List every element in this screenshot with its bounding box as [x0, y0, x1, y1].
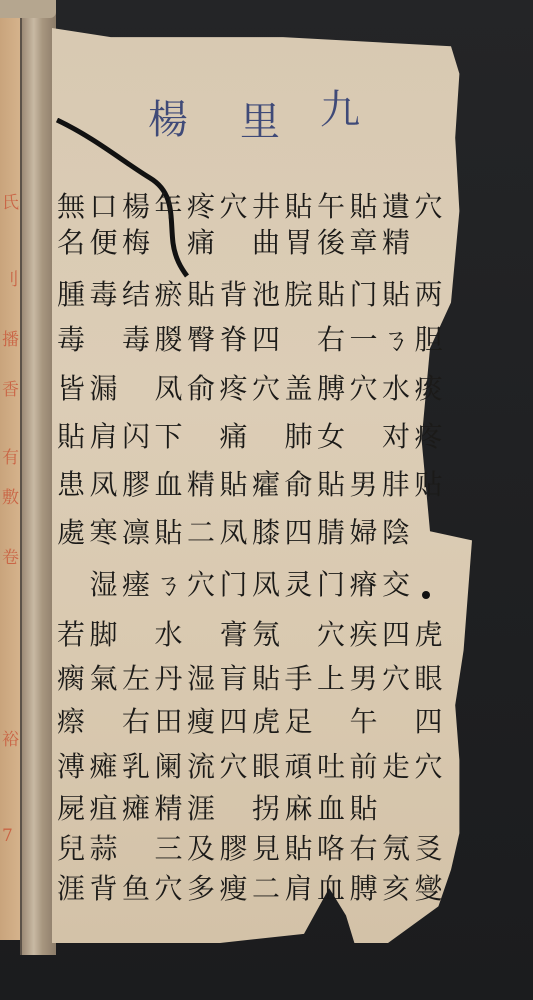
manuscript-char: 咯	[314, 832, 348, 866]
manuscript-char: 氖	[249, 618, 283, 652]
manuscript-char: 田	[152, 705, 186, 739]
manuscript-char: 胆	[412, 323, 446, 357]
manuscript-char: 多	[184, 872, 218, 906]
red-print-char: 裕	[2, 732, 19, 749]
manuscript-char: 阑	[152, 750, 186, 784]
red-print-char: 氏	[2, 195, 19, 212]
manuscript-char: 穴	[379, 662, 413, 696]
manuscript-char: 穴	[217, 190, 251, 224]
manuscript-char: 膊	[314, 372, 348, 406]
manuscript-char: 痰	[412, 372, 446, 406]
manuscript-char: 㕛	[412, 832, 446, 866]
manuscript-char: 皆	[54, 372, 88, 406]
manuscript-char: 毒	[54, 323, 88, 357]
title-char: 九	[320, 78, 360, 135]
manuscript-char: 血	[314, 872, 348, 906]
manuscript-char: 頑	[282, 750, 316, 784]
manuscript-char: 井	[249, 190, 283, 224]
manuscript-char: 屍	[54, 792, 88, 826]
manuscript-char: 胃	[282, 226, 316, 260]
manuscript-char: 凤	[87, 468, 121, 502]
manuscript-char: 背	[217, 278, 251, 312]
manuscript-char: 四	[379, 618, 413, 652]
manuscript-char: 下	[152, 420, 186, 454]
manuscript-char: 门	[347, 278, 381, 312]
manuscript-char: 臀	[184, 323, 218, 357]
manuscript-char: 朡	[152, 323, 186, 357]
manuscript-char: 氖	[379, 832, 413, 866]
manuscript-char: 瘠	[347, 568, 381, 602]
manuscript-char: 穴	[184, 568, 218, 602]
manuscript-char: 貼	[282, 190, 316, 224]
manuscript-char: 凛	[119, 516, 153, 550]
manuscript-char: 瘸	[54, 662, 88, 696]
red-print-char: 7	[2, 828, 13, 845]
manuscript-char: 凤	[152, 372, 186, 406]
manuscript-char: 貼	[282, 832, 316, 866]
manuscript-char: 腫	[54, 278, 88, 312]
manuscript-char: 脚	[87, 618, 121, 652]
manuscript-char: 貼	[54, 420, 88, 454]
manuscript-char: 疼	[184, 190, 218, 224]
manuscript-char: 瘫	[119, 792, 153, 826]
manuscript-char: 四	[249, 323, 283, 357]
manuscript-char: 两	[412, 278, 446, 312]
manuscript-char: 门	[217, 568, 251, 602]
manuscript-char: 脊	[217, 323, 251, 357]
red-print-char: 敷	[2, 490, 19, 507]
manuscript-char: 肨	[379, 468, 413, 502]
red-print-char: 香	[2, 382, 19, 399]
title-char: 楊	[148, 88, 188, 145]
manuscript-char: 拐	[249, 792, 283, 826]
manuscript-char: 男	[347, 468, 381, 502]
manuscript-char: 虎	[249, 705, 283, 739]
manuscript-char: 四	[282, 516, 316, 550]
manuscript-char: 血	[314, 792, 348, 826]
manuscript-char: 及	[184, 832, 218, 866]
manuscript-char: 池	[249, 278, 283, 312]
manuscript-char: 後	[314, 226, 348, 260]
manuscript-char: 貼	[314, 278, 348, 312]
manuscript-char: 瘦	[217, 872, 251, 906]
book-spine	[20, 0, 56, 955]
manuscript-char: 上	[314, 662, 348, 696]
manuscript-char: 足	[282, 705, 316, 739]
manuscript-char: 瘦	[184, 705, 218, 739]
manuscript-char: 乳	[119, 750, 153, 784]
manuscript-char: 肩	[282, 872, 316, 906]
manuscript-char: 陰	[379, 516, 413, 550]
manuscript-char: 貼	[249, 662, 283, 696]
manuscript-char: 对	[379, 420, 413, 454]
manuscript-char: ㄋ	[152, 568, 186, 602]
manuscript-char: 一	[347, 323, 381, 357]
manuscript-char: 虎	[412, 618, 446, 652]
manuscript-char: 名	[54, 226, 88, 260]
manuscript-char: 穴	[249, 372, 283, 406]
manuscript-char: 貼	[347, 792, 381, 826]
manuscript-char: 毒	[119, 323, 153, 357]
page-title: 楊 里 九	[140, 78, 400, 148]
manuscript-char: 左	[119, 662, 153, 696]
manuscript-char: 午	[314, 190, 348, 224]
manuscript-char: 门	[314, 568, 348, 602]
manuscript-char: 吐	[314, 750, 348, 784]
manuscript-char: 午	[347, 705, 381, 739]
manuscript-char: 楊	[119, 190, 153, 224]
manuscript-char: 貼	[314, 468, 348, 502]
red-print-char: 有	[2, 450, 19, 467]
manuscript-char: 漏	[87, 372, 121, 406]
manuscript-char: 婦	[347, 516, 381, 550]
manuscript-char: 氣	[87, 662, 121, 696]
manuscript-char: 貼	[379, 278, 413, 312]
manuscript-char: 背	[87, 872, 121, 906]
manuscript-char: ㄋ	[379, 323, 413, 357]
manuscript-char: 涯	[54, 872, 88, 906]
manuscript-char: 口	[87, 190, 121, 224]
manuscript-char: 無	[54, 190, 88, 224]
manuscript-char: 二	[249, 872, 283, 906]
manuscript-char: 穴	[217, 750, 251, 784]
manuscript-char: 女	[314, 420, 348, 454]
manuscript-char: 男	[347, 662, 381, 696]
manuscript-char: 交	[379, 568, 413, 602]
manuscript-char: 瘀	[152, 278, 186, 312]
manuscript-char: 寒	[87, 516, 121, 550]
manuscript-char: 燮	[412, 872, 446, 906]
manuscript-char: 若	[54, 618, 88, 652]
manuscript-char: 痛	[217, 420, 251, 454]
manuscript-char: 前	[347, 750, 381, 784]
manuscript-char: 兒	[54, 832, 88, 866]
manuscript-char: 疾	[347, 618, 381, 652]
manuscript-char: 三	[152, 832, 186, 866]
manuscript-char: 痛	[184, 226, 218, 260]
manuscript-char: 貼	[347, 190, 381, 224]
manuscript-char: 章	[347, 226, 381, 260]
manuscript-char: 癨	[249, 468, 283, 502]
manuscript-char: 麻	[282, 792, 316, 826]
manuscript-char: 贴	[412, 468, 446, 502]
manuscript-char: 見	[249, 832, 283, 866]
manuscript-char: 疼	[217, 372, 251, 406]
manuscript-char: 水	[152, 618, 186, 652]
manuscript-char: 涯	[184, 792, 218, 826]
manuscript-char: 四	[412, 705, 446, 739]
manuscript-char: 蒜	[87, 832, 121, 866]
manuscript-char: 瘫	[87, 750, 121, 784]
manuscript-char: 凤	[249, 568, 283, 602]
manuscript-char: 手	[282, 662, 316, 696]
manuscript-char: 膠	[217, 832, 251, 866]
manuscript-char: 精	[184, 468, 218, 502]
manuscript-char: 毒	[87, 278, 121, 312]
manuscript-char: 處	[54, 516, 88, 550]
manuscript-char: 貼	[152, 516, 186, 550]
manuscript-char: 俞	[282, 468, 316, 502]
manuscript-char: 歨	[379, 750, 413, 784]
title-char: 里	[240, 90, 280, 147]
manuscript-char: 肓	[217, 662, 251, 696]
manuscript-char: 瘗	[119, 568, 153, 602]
red-print-char: 卷	[2, 550, 19, 567]
manuscript-char: 穴	[412, 750, 446, 784]
manuscript-char: 灵	[282, 568, 316, 602]
manuscript-char: 脘	[282, 278, 316, 312]
manuscript-char: 遺	[379, 190, 413, 224]
manuscript-char: 血	[152, 468, 186, 502]
manuscript-char: 精	[152, 792, 186, 826]
manuscript-char: 溥	[54, 750, 88, 784]
manuscript-char: 患	[54, 468, 88, 502]
manuscript-char: 眼	[412, 662, 446, 696]
manuscript-char: 精	[379, 226, 413, 260]
ink-dot	[422, 591, 430, 599]
manuscript-char: 膏	[217, 618, 251, 652]
manuscript-char: 腈	[314, 516, 348, 550]
manuscript-char: 肺	[282, 420, 316, 454]
manuscript-char: 右	[119, 705, 153, 739]
manuscript-char: 穴	[152, 872, 186, 906]
manuscript-char: 结	[119, 278, 153, 312]
manuscript-char: 右	[347, 832, 381, 866]
manuscript-char: 瘵	[54, 705, 88, 739]
manuscript-char: 右	[314, 323, 348, 357]
manuscript-char: 膊	[347, 872, 381, 906]
spine-top-edge	[0, 0, 56, 18]
red-print-char: 播	[2, 332, 19, 349]
manuscript-char: 俞	[184, 372, 218, 406]
manuscript-char: 曲	[249, 226, 283, 260]
manuscript-char: 便	[87, 226, 121, 260]
manuscript-char: 湿	[87, 568, 121, 602]
manuscript-char: 盖	[282, 372, 316, 406]
manuscript-char: 丹	[152, 662, 186, 696]
manuscript-char: 貼	[184, 278, 218, 312]
manuscript-char: 膝	[249, 516, 283, 550]
manuscript-char: 鱼	[119, 872, 153, 906]
manuscript-char: 凤	[217, 516, 251, 550]
manuscript-char: 湿	[184, 662, 218, 696]
manuscript-char: 水	[379, 372, 413, 406]
manuscript-char: 闪	[119, 420, 153, 454]
manuscript-char: 年	[152, 190, 186, 224]
red-print-char: 刂	[2, 272, 19, 289]
manuscript-char: 流	[184, 750, 218, 784]
manuscript-char: 穴	[314, 618, 348, 652]
manuscript-char: 穴	[347, 372, 381, 406]
manuscript-char: 貼	[217, 468, 251, 502]
manuscript-char: 疽	[87, 792, 121, 826]
manuscript-char: 疼	[412, 420, 446, 454]
manuscript-char: 亥	[379, 872, 413, 906]
manuscript-char: 穴	[412, 190, 446, 224]
manuscript-char: 四	[217, 705, 251, 739]
manuscript-char: 梅	[119, 226, 153, 260]
manuscript-char: 膠	[119, 468, 153, 502]
manuscript-char: 肩	[87, 420, 121, 454]
manuscript-char: 二	[184, 516, 218, 550]
left-adjacent-page: 氏 刂 播 香 有 敷 卷 裕 7	[0, 10, 22, 940]
manuscript-char: 眼	[249, 750, 283, 784]
